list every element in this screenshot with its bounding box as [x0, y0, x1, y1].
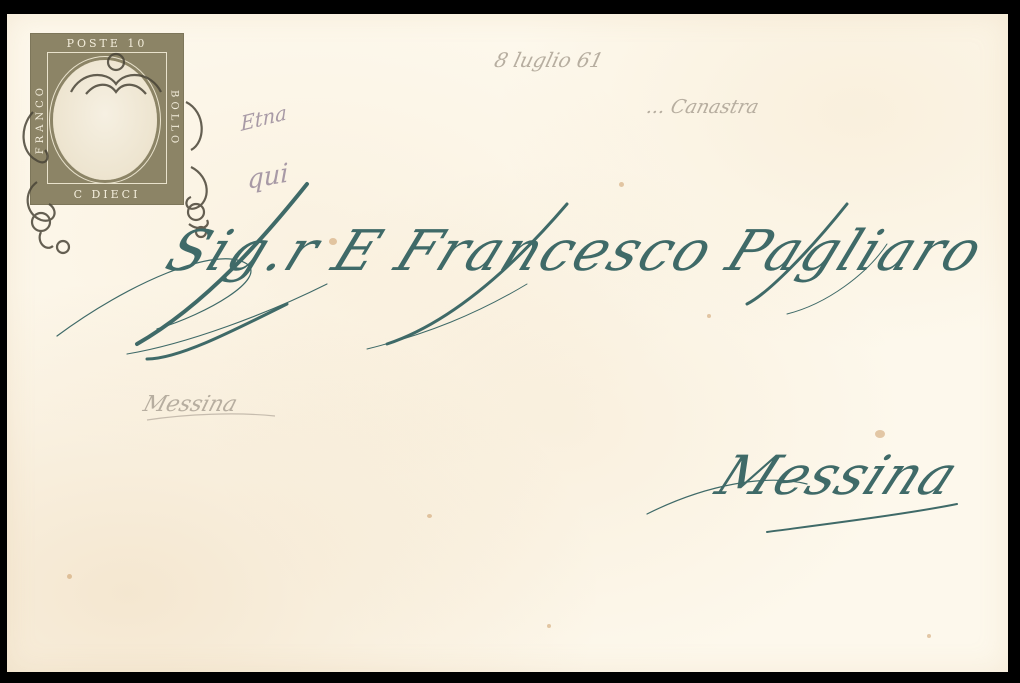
- recipient-city: Messina: [707, 444, 969, 507]
- stamp-side-right: BOLLO: [166, 34, 182, 204]
- stamp-embossed-oval: [53, 60, 157, 180]
- stamp-inscription-bottom: C DIECI: [31, 188, 183, 201]
- pencil-note-near-stamp-2: qui: [247, 158, 288, 196]
- stamp-inscription-right: BOLLO: [169, 90, 180, 147]
- stamp-inscription-top: POSTE 10: [31, 37, 183, 50]
- foxing-spot: [875, 430, 885, 438]
- pencil-topright-note: ... Canastra: [644, 96, 761, 118]
- pencil-left-note: Messina: [140, 392, 240, 417]
- foxing-spot: [547, 624, 551, 628]
- postage-stamp: POSTE 10 C DIECI FRANCO BOLLO: [31, 34, 183, 204]
- envelope-paper: POSTE 10 C DIECI FRANCO BOLLO: [7, 14, 1008, 672]
- pencil-date-note: 8 luglio 61: [492, 48, 606, 72]
- foxing-spot: [67, 574, 72, 579]
- foxing-spot: [927, 634, 931, 638]
- recipient-name: Sig.r E Francesco Pagliaro: [157, 219, 994, 284]
- stamp-inscription-left: FRANCO: [35, 84, 46, 154]
- foxing-spot: [427, 514, 432, 518]
- stamp-side-left: FRANCO: [32, 34, 48, 204]
- foxing-spot: [707, 314, 711, 318]
- foxing-spot: [619, 182, 624, 187]
- pencil-note-near-stamp-1: Etna: [240, 100, 287, 136]
